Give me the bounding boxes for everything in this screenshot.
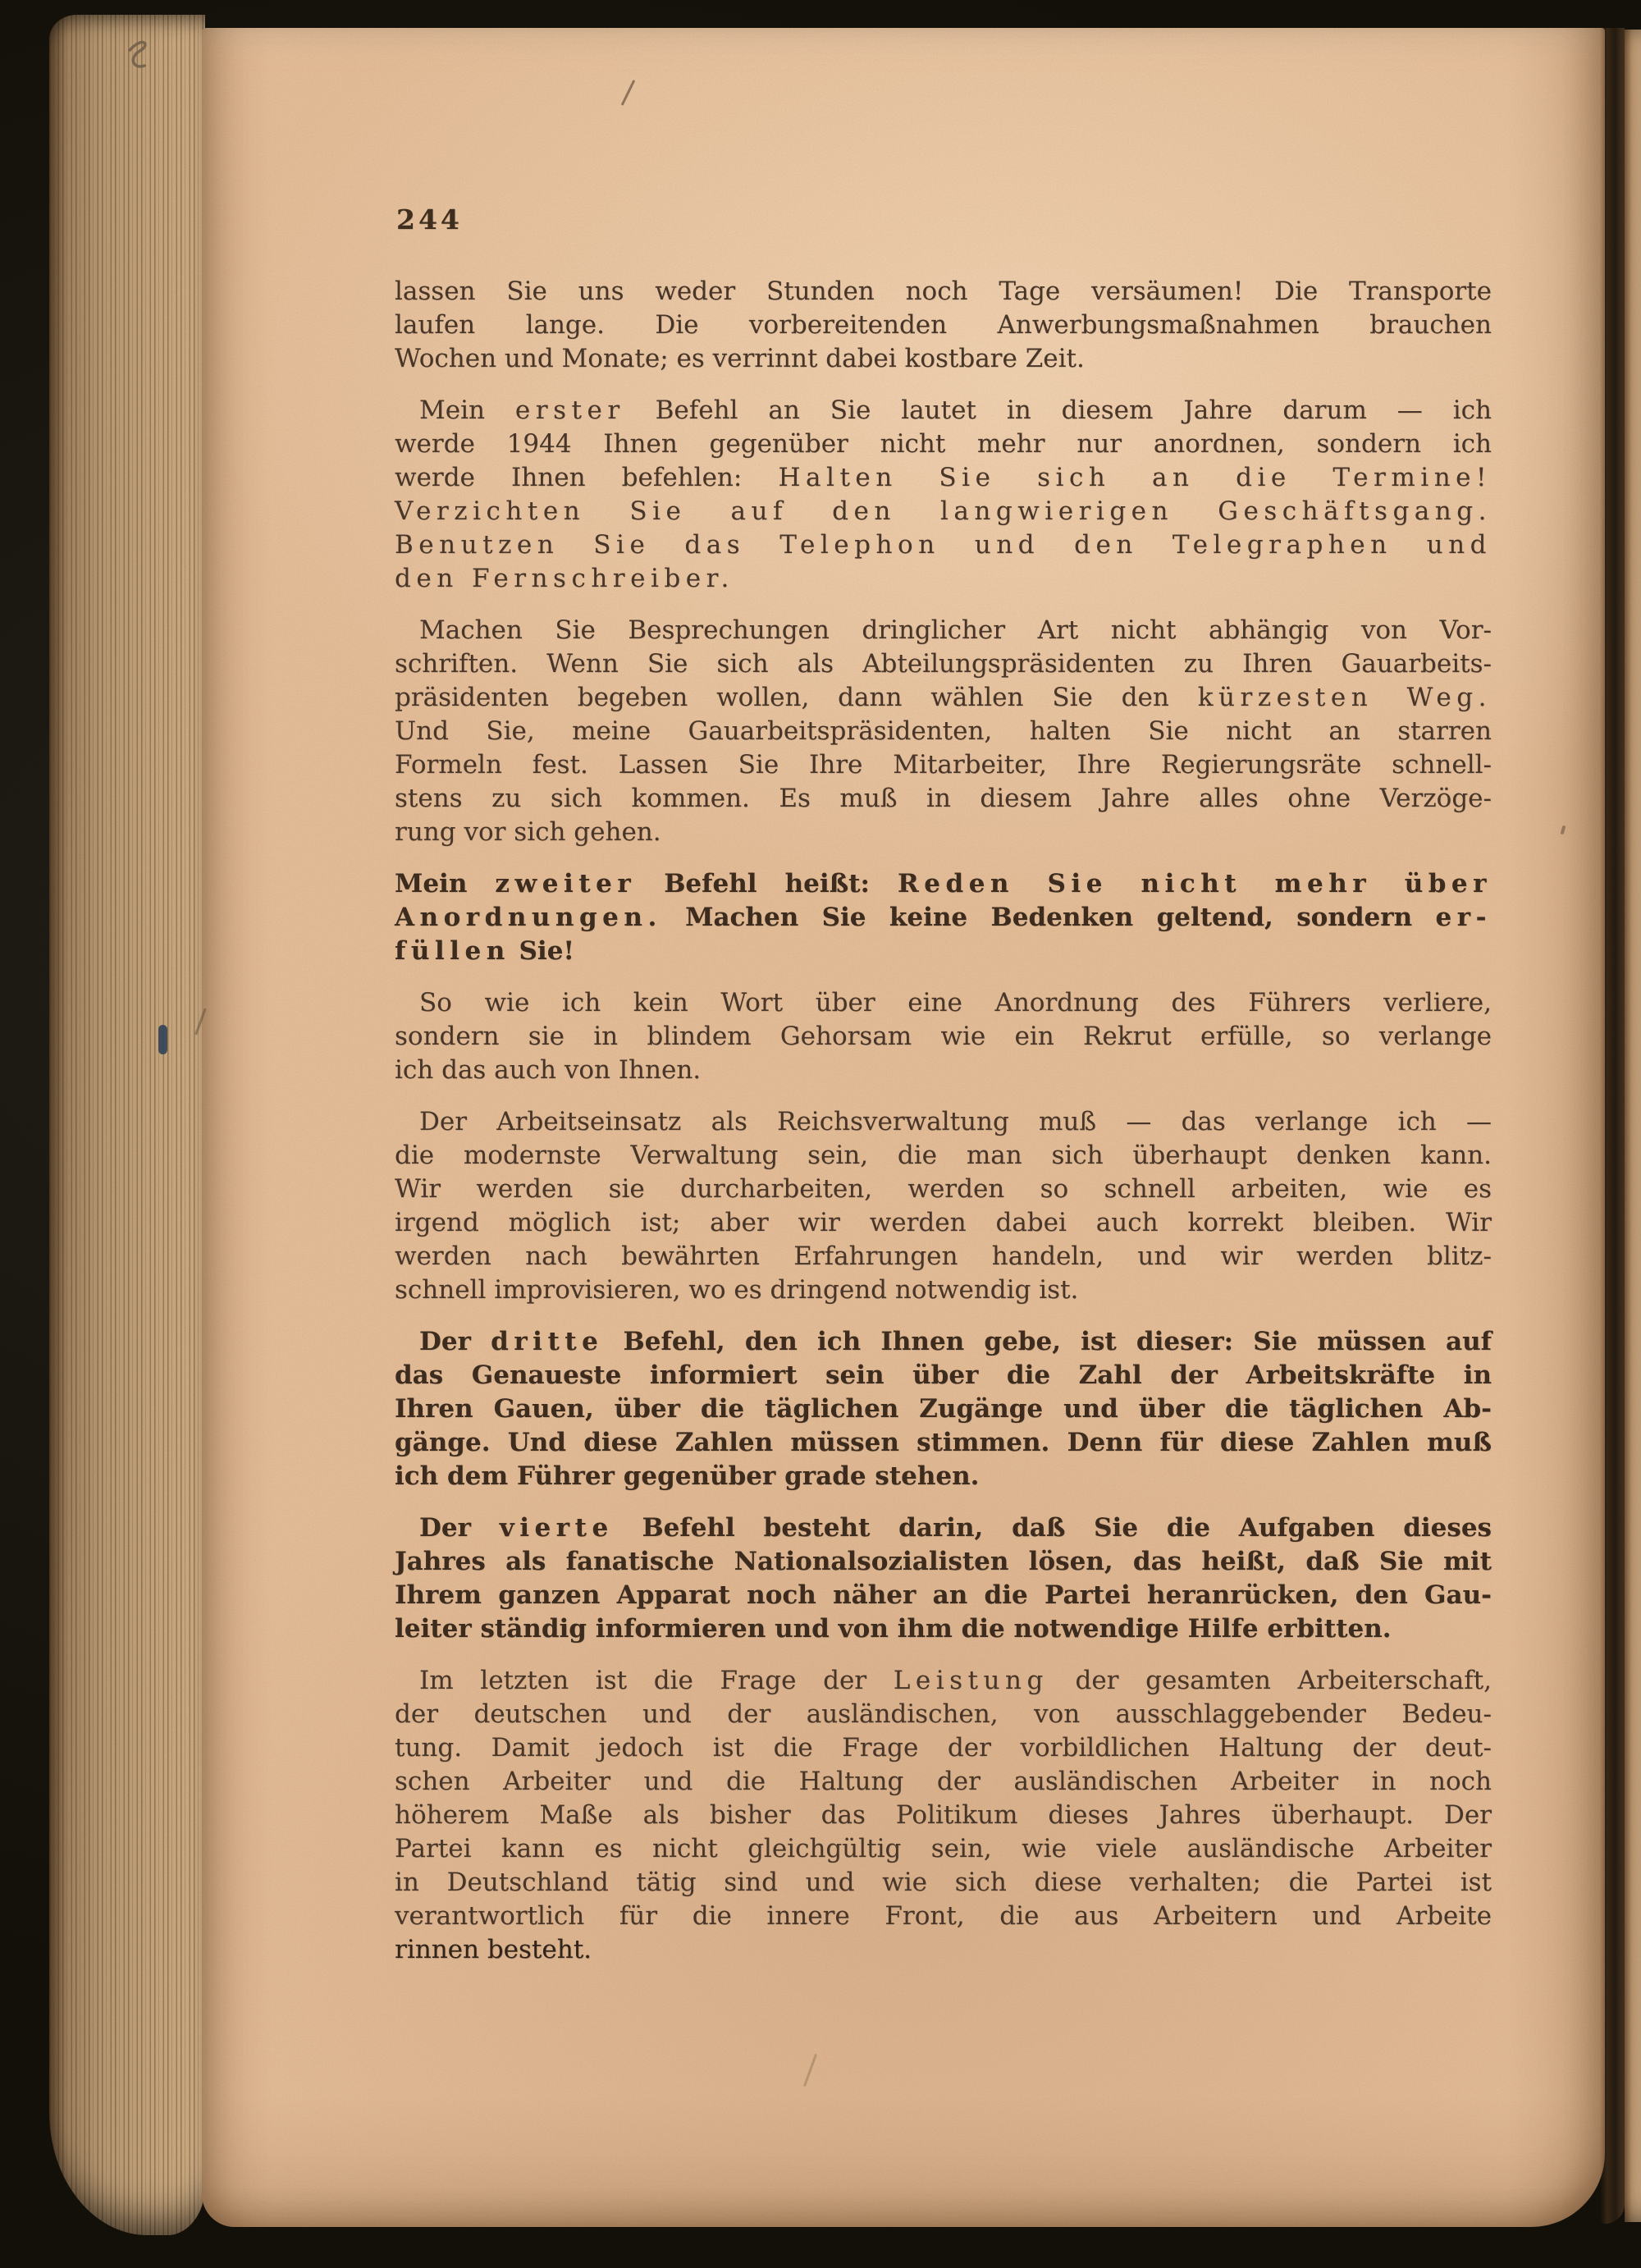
text-line: Machen Sie Besprechungen dringlicher Art… <box>395 614 1492 647</box>
text-line: lassen Sie uns weder Stunden noch Tage v… <box>395 275 1492 309</box>
text-line: Verzichten Sie auf den langwierigen Gesc… <box>395 495 1492 528</box>
body-text: der deutschen und der ausländischen, von… <box>395 1699 1492 1729</box>
letterspaced-text: Verzichten Sie auf den langwierigen Gesc… <box>395 496 1492 526</box>
page-number: 244 <box>396 203 1492 235</box>
body-text: Ihren Gauen, über die täglichen Zugänge … <box>395 1394 1492 1424</box>
text-line: schen Arbeiter und die Haltung der auslä… <box>395 1765 1492 1799</box>
letterspaced-text: Reden Sie nicht mehr über <box>898 869 1492 899</box>
body-text: ich das auch von Ihnen. <box>395 1055 701 1085</box>
text-line: werden nach bewährten Erfahrungen handel… <box>395 1240 1492 1273</box>
text-line: ich dem Führer gegenüber grade stehen. <box>395 1460 1492 1493</box>
body-text: das Genaueste informiert sein über die Z… <box>395 1360 1492 1390</box>
letterspaced-text: Benutzen Sie das Telephon und den Telegr… <box>395 530 1492 560</box>
text-line: Benutzen Sie das Telephon und den Telegr… <box>395 528 1492 562</box>
letterspaced-text: Halten Sie sich an die Termine! <box>779 463 1492 492</box>
body-text: Partei kann es nicht gleichgültig sein, … <box>395 1834 1492 1863</box>
text-line: Der vierte Befehl besteht darin, daß Sie… <box>395 1511 1492 1545</box>
body-text: werde 1944 Ihnen gegenüber nicht mehr nu… <box>395 429 1492 459</box>
text-line: Der dritte Befehl, den ich Ihnen gebe, i… <box>395 1325 1492 1359</box>
letterspaced-text: dritte <box>491 1327 603 1356</box>
text-line: das Genaueste informiert sein über die Z… <box>395 1359 1492 1392</box>
text-line: Wochen und Monate; es verrinnt dabei kos… <box>395 342 1492 376</box>
body-text: in Deutschland tätig sind und wie sich d… <box>395 1868 1492 1897</box>
text-line: werde Ihnen befehlen: Halten Sie sich an… <box>395 461 1492 495</box>
page-gutter-crease <box>1600 28 1625 2224</box>
body-text: der gesamten Arbeiterschaft, <box>1049 1666 1492 1695</box>
body-text: Der <box>419 1327 491 1356</box>
letterspaced-text: füllen <box>395 936 510 966</box>
paragraph: Machen Sie Besprechungen dringlicher Art… <box>395 614 1492 849</box>
text-line: Jahres als fanatische Nationalsozialiste… <box>395 1545 1492 1579</box>
text-line: Wir werden sie durcharbeiten, werden so … <box>395 1173 1492 1206</box>
text-line: Partei kann es nicht gleichgültig sein, … <box>395 1832 1492 1866</box>
letterspaced-text: zweiter <box>495 869 636 899</box>
text-line: verantwortlich für die innere Front, die… <box>395 1900 1492 1933</box>
letterspaced-text: erster <box>515 396 625 425</box>
body-text: präsidenten begeben wollen, dann wählen … <box>395 683 1198 712</box>
header-rule <box>395 243 1489 249</box>
text-line: füllen Sie! <box>395 935 1492 968</box>
text-line: den Fernschreiber. <box>395 562 1492 596</box>
text-line: schnell improvisieren, wo es dringend no… <box>395 1273 1492 1307</box>
page-edge-stack <box>49 15 205 2235</box>
body-text: tung. Damit jedoch ist die Frage der vor… <box>395 1733 1492 1763</box>
text-line: präsidenten begeben wollen, dann wählen … <box>395 681 1492 715</box>
letterspaced-text: er- <box>1436 903 1492 932</box>
letterspaced-text: kürzesten Weg. <box>1198 683 1492 712</box>
paragraph: Der dritte Befehl, den ich Ihnen gebe, i… <box>395 1325 1492 1493</box>
body-text: rung vor sich gehen. <box>395 817 661 847</box>
body-text: verantwortlich für die innere Front, die… <box>395 1901 1492 1931</box>
body-text: Machen Sie keine Bedenken geltend, sonde… <box>662 903 1436 932</box>
letterspaced-text: den Fernschreiber. <box>395 564 734 593</box>
body-text: Befehl besteht darin, daß Sie die Aufgab… <box>614 1513 1492 1543</box>
body-text: rinnen besteht. <box>395 1935 592 1964</box>
text-line: werde 1944 Ihnen gegenüber nicht mehr nu… <box>395 428 1492 461</box>
paragraph: lassen Sie uns weder Stunden noch Tage v… <box>395 275 1492 376</box>
text-line: schriften. Wenn Sie sich als Abteilungsp… <box>395 647 1492 681</box>
body-text: So wie ich kein Wort über eine Anordnung… <box>419 988 1492 1017</box>
paragraph: Im letzten ist die Frage der Leistung de… <box>395 1664 1492 1967</box>
body-text: die modernste Verwaltung sein, die man s… <box>395 1141 1492 1170</box>
body-text: Jahres als fanatische Nationalsozialiste… <box>395 1547 1492 1576</box>
text-line: rinnen besteht. <box>395 1933 1492 1967</box>
body-text: gänge. Und diese Zahlen müssen stimmen. … <box>395 1428 1492 1457</box>
body-text: lassen Sie uns weder Stunden noch Tage v… <box>395 277 1492 306</box>
book-page: 244 lassen Sie uns weder Stunden noch Ta… <box>202 28 1605 2227</box>
text-line: Ihrem ganzen Apparat noch näher an die P… <box>395 1579 1492 1612</box>
text-line: Formeln fest. Lassen Sie Ihre Mitarbeite… <box>395 748 1492 782</box>
body-text: Mein <box>419 396 515 425</box>
text-line: sondern sie in blindem Gehorsam wie ein … <box>395 1020 1492 1054</box>
body-text: Formeln fest. Lassen Sie Ihre Mitarbeite… <box>395 750 1492 780</box>
text-line: Anordnungen. Machen Sie keine Bedenken g… <box>395 901 1492 935</box>
text-line: So wie ich kein Wort über eine Anordnung… <box>395 986 1492 1020</box>
body-text: Befehl heißt: <box>636 869 898 899</box>
letterspaced-text: Anordnungen. <box>395 903 662 932</box>
facing-page-edge <box>1625 30 1641 2222</box>
paragraph: Mein zweiter Befehl heißt: Reden Sie nic… <box>395 867 1492 968</box>
body-text: Ihrem ganzen Apparat noch näher an die P… <box>395 1580 1492 1610</box>
body-text: Wochen und Monate; es verrinnt dabei kos… <box>395 344 1085 373</box>
body-text: Sie! <box>510 936 574 966</box>
body-text: Der Arbeitseinsatz als Reichsverwaltung … <box>419 1107 1492 1136</box>
letterspaced-text: Leistung <box>894 1666 1049 1695</box>
body-text: Und Sie, meine Gauarbeitspräsidenten, ha… <box>395 716 1492 746</box>
text-line: leiter ständig informieren und von ihm d… <box>395 1612 1492 1646</box>
body-text: schriften. Wenn Sie sich als Abteilungsp… <box>395 649 1492 679</box>
text-line: tung. Damit jedoch ist die Frage der vor… <box>395 1731 1492 1765</box>
text-line: Mein zweiter Befehl heißt: Reden Sie nic… <box>395 867 1492 901</box>
text-line: in Deutschland tätig sind und wie sich d… <box>395 1866 1492 1900</box>
text-line: Im letzten ist die Frage der Leistung de… <box>395 1664 1492 1698</box>
body-text: laufen lange. Die vorbereitenden Anwerbu… <box>395 310 1492 340</box>
text-line: ich das auch von Ihnen. <box>395 1054 1492 1087</box>
text-line: Der Arbeitseinsatz als Reichsverwaltung … <box>395 1105 1492 1139</box>
body-text: Der <box>419 1513 500 1543</box>
body-text: sondern sie in blindem Gehorsam wie ein … <box>395 1022 1492 1051</box>
body-text: Mein <box>395 869 495 899</box>
paragraph: Der Arbeitseinsatz als Reichsverwaltung … <box>395 1105 1492 1307</box>
body-text: Befehl, den ich Ihnen gebe, ist dieser: … <box>603 1327 1492 1356</box>
body-text: schen Arbeiter und die Haltung der auslä… <box>395 1767 1492 1796</box>
text-line: stens zu sich kommen. Es muß in diesem J… <box>395 782 1492 816</box>
text-line: gänge. Und diese Zahlen müssen stimmen. … <box>395 1426 1492 1460</box>
letterspaced-text: vierte <box>500 1513 614 1543</box>
text-line: irgend möglich ist; aber wir werden dabe… <box>395 1206 1492 1240</box>
page-text: lassen Sie uns weder Stunden noch Tage v… <box>395 275 1492 1967</box>
page-text-area: 244 lassen Sie uns weder Stunden noch Ta… <box>395 203 1492 1967</box>
text-line: Ihren Gauen, über die täglichen Zugänge … <box>395 1392 1492 1426</box>
book-photo: 244 lassen Sie uns weder Stunden noch Ta… <box>0 0 1641 2268</box>
body-text: Wir werden sie durcharbeiten, werden so … <box>395 1174 1492 1204</box>
paragraph: Mein erster Befehl an Sie lautet in dies… <box>395 394 1492 596</box>
body-text: höherem Maße als bisher das Politikum di… <box>395 1800 1492 1830</box>
text-line: rung vor sich gehen. <box>395 816 1492 849</box>
text-line: die modernste Verwaltung sein, die man s… <box>395 1139 1492 1173</box>
body-text: Im letzten ist die Frage der <box>419 1666 894 1695</box>
text-line: Mein erster Befehl an Sie lautet in dies… <box>395 394 1492 428</box>
body-text: ich dem Führer gegenüber grade stehen. <box>395 1461 979 1491</box>
paragraph: Der vierte Befehl besteht darin, daß Sie… <box>395 1511 1492 1646</box>
body-text: Machen Sie Besprechungen dringlicher Art… <box>419 615 1492 645</box>
body-text: leiter ständig informieren und von ihm d… <box>395 1614 1392 1644</box>
body-text: schnell improvisieren, wo es dringend no… <box>395 1275 1078 1305</box>
text-line: höherem Maße als bisher das Politikum di… <box>395 1799 1492 1832</box>
body-text: Befehl an Sie lautet in diesem Jahre dar… <box>625 396 1492 425</box>
body-text: stens zu sich kommen. Es muß in diesem J… <box>395 784 1492 813</box>
text-line: der deutschen und der ausländischen, von… <box>395 1698 1492 1731</box>
text-line: Und Sie, meine Gauarbeitspräsidenten, ha… <box>395 715 1492 748</box>
text-line: laufen lange. Die vorbereitenden Anwerbu… <box>395 309 1492 342</box>
body-text: werde Ihnen befehlen: <box>395 463 779 492</box>
paragraph: So wie ich kein Wort über eine Anordnung… <box>395 986 1492 1087</box>
body-text: irgend möglich ist; aber wir werden dabe… <box>395 1208 1492 1237</box>
body-text: werden nach bewährten Erfahrungen handel… <box>395 1241 1492 1271</box>
